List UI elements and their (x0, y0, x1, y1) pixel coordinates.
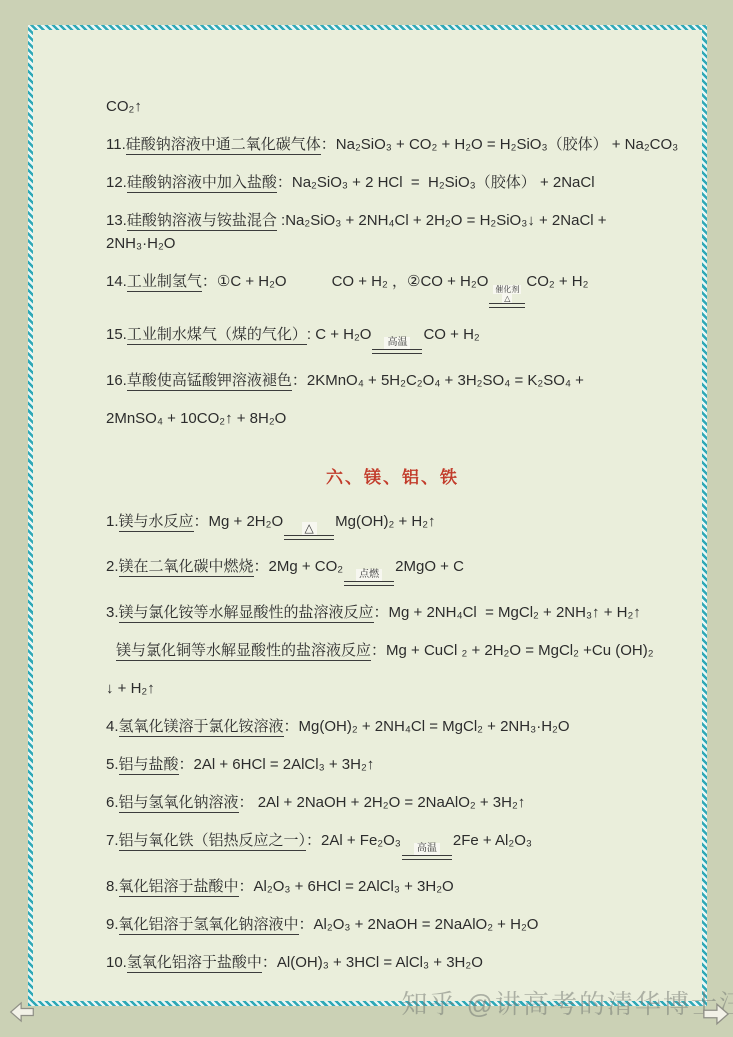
item-equation: ：①C + H₂O CO + H₂ ，②CO + H₂O (202, 273, 488, 290)
item-label: 氢氧化镁溶于氯化铵溶液 (119, 718, 284, 737)
item-equation: ：2KMnO₄ + 5H₂C₂O₄ + 3H₂SO₄ = K₂SO₄ + (292, 372, 584, 389)
condition-text: 催化剂 (493, 285, 521, 294)
item-equation: ：Mg + CuCl ₂ + 2H₂O = MgCl₂ +Cu (OH)₂ (371, 642, 654, 659)
item-number: 13. (106, 212, 127, 229)
item-equation: 2MgO + C (395, 558, 464, 575)
equation-line-al9: 9.氧化铝溶于氢氧化钠溶液中：Al₂O₃ + 2NaOH = 2NaAlO₂ +… (106, 913, 679, 936)
item-equation: ：Al₂O₃ + 6HCl = 2AlCl₃ + 3H₂O (239, 878, 454, 895)
equation-line-mg1: 1.镁与水反应：Mg + 2H₂O△Mg(OH)₂ + H₂↑ (106, 510, 679, 540)
condition-text: 高温 (414, 843, 440, 855)
equation-continuation-mg3: ↓ + H₂↑ (106, 677, 679, 700)
item-number: 10. (106, 954, 127, 971)
arrow-right-icon[interactable] (702, 1001, 730, 1032)
reaction-condition: 高温 (372, 327, 422, 354)
item-equation: ：Al₂O₃ + 2NaOH = 2NaAlO₂ + H₂O (299, 916, 539, 933)
item-number: 3. (106, 604, 119, 621)
item-equation: ：Mg + 2H₂O (194, 513, 284, 530)
item-equation: ：2Al + Fe₂O₃ (306, 832, 401, 849)
equation-line-mg4: 4.氢氧化镁溶于氯化铵溶液：Mg(OH)₂ + 2NH₄Cl = MgCl₂ +… (106, 715, 679, 738)
item-label: 镁与氯化铵等水解显酸性的盐溶液反应 (119, 604, 374, 623)
reaction-equals-line (402, 855, 452, 860)
item-label: 工业制水煤气（煤的气化） (127, 326, 307, 345)
equation-line-al6: 6.铝与氢氧化钠溶液： 2Al + 2NaOH + 2H₂O = 2NaAlO₂… (106, 791, 679, 814)
item-number: 15. (106, 326, 127, 343)
section-heading: 六、镁、铝、铁 (106, 466, 679, 490)
item-equation: CO₂ + H₂ (526, 273, 588, 290)
equation-line-mg3: 3.镁与氯化铵等水解显酸性的盐溶液反应：Mg + 2NH₄Cl = MgCl₂ … (106, 601, 679, 624)
equation-line-16: 16.草酸使高锰酸钾溶液褪色：2KMnO₄ + 5H₂C₂O₄ + 3H₂SO₄… (106, 369, 679, 392)
reaction-condition: 高温 (402, 833, 452, 860)
item-label: 硅酸钠溶液与铵盐混合 (127, 212, 277, 231)
reaction-condition: 催化剂△ (489, 281, 525, 308)
equation-continuation-16: 2MnSO₄ + 10CO₂↑ + 8H₂O (106, 407, 679, 430)
item-number: 12. (106, 174, 127, 191)
item-equation: ：Na₂SiO₃ + CO₂ + H₂O = H₂SiO₃（胶体） + Na₂C… (321, 136, 679, 153)
item-label: 铝与氢氧化钠溶液 (119, 794, 239, 813)
notes-content: CO₂↑ 11.硅酸钠溶液中通二氧化碳气体：Na₂SiO₃ + CO₂ + H₂… (38, 35, 697, 996)
item-number: 6. (106, 794, 119, 811)
item-label: 镁与氯化铜等水解显酸性的盐溶液反应 (116, 642, 371, 661)
item-label: 硅酸钠溶液中通二氧化碳气体 (126, 136, 321, 155)
item-equation: ：Mg + 2NH₄Cl = MgCl₂ + 2NH₃↑ + H₂↑ (374, 604, 641, 621)
document-page: CO₂↑ 11.硅酸钠溶液中通二氧化碳气体：Na₂SiO₃ + CO₂ + H₂… (0, 0, 733, 1037)
item-equation: 2Fe + Al₂O₃ (453, 832, 532, 849)
item-label: 草酸使高锰酸钾溶液褪色 (127, 372, 292, 391)
arrow-left-icon[interactable] (9, 1000, 35, 1029)
condition-text: △ (502, 294, 512, 303)
equation-line-12: 12.硅酸钠溶液中加入盐酸：Na₂SiO₃ + 2 HCl = H₂SiO₃（胶… (106, 171, 679, 194)
zhihu-watermark: 知乎 @讲高考的清华博士汪 (401, 984, 733, 1021)
item-label: 工业制氢气 (127, 273, 202, 292)
item-equation: : C + H₂O (307, 326, 372, 343)
item-number: 7. (106, 832, 119, 849)
reaction-equals-line (344, 581, 394, 586)
condition-text: 高温 (384, 337, 410, 349)
item-equation: Mg(OH)₂ + H₂↑ (335, 513, 435, 530)
equation-continuation-co2: CO₂↑ (106, 95, 679, 118)
reaction-condition: 点燃 (344, 559, 394, 586)
equation-line-mg2: 2.镁在二氧化碳中燃烧：2Mg + CO₂点燃2MgO + C (106, 555, 679, 586)
item-number: 14. (106, 273, 127, 290)
equation-line-al5: 5.铝与盐酸：2Al + 6HCl = 2AlCl₃ + 3H₂↑ (106, 753, 679, 776)
item-label: 镁与水反应 (119, 513, 194, 532)
item-equation: CO + H₂ (423, 326, 479, 343)
item-equation: ：Mg(OH)₂ + 2NH₄Cl = MgCl₂ + 2NH₃·H₂O (284, 718, 570, 735)
reaction-equals-line (284, 535, 334, 540)
reaction-condition: △ (284, 513, 334, 540)
item-label: 铝与盐酸 (119, 756, 179, 775)
equation-line-mg3-cu: 镁与氯化铜等水解显酸性的盐溶液反应：Mg + CuCl ₂ + 2H₂O = M… (106, 639, 679, 662)
condition-text: 点燃 (356, 569, 382, 581)
item-label: 镁在二氧化碳中燃烧 (119, 558, 254, 577)
equation-line-al8: 8.氧化铝溶于盐酸中：Al₂O₃ + 6HCl = 2AlCl₃ + 3H₂O (106, 875, 679, 898)
item-label: 铝与氧化铁（铝热反应之一） (119, 832, 307, 851)
equation-line-al10: 10.氢氧化铝溶于盐酸中：Al(OH)₃ + 3HCl = AlCl₃ + 3H… (106, 951, 679, 974)
reaction-equals-line (489, 303, 525, 308)
item-equation: ：Na₂SiO₃ + 2 HCl = H₂SiO₃（胶体） + 2NaCl (277, 174, 595, 191)
reaction-equals-line (372, 349, 422, 354)
equation-line-11: 11.硅酸钠溶液中通二氧化碳气体：Na₂SiO₃ + CO₂ + H₂O = H… (106, 133, 679, 156)
item-number: 16. (106, 372, 127, 389)
equation-line-14: 14.工业制氢气：①C + H₂O CO + H₂ ，②CO + H₂O催化剂△… (106, 270, 679, 308)
item-equation: ：2Al + 6HCl = 2AlCl₃ + 3H₂↑ (179, 756, 375, 773)
item-number: 8. (106, 878, 119, 895)
equation-line-15: 15.工业制水煤气（煤的气化）: C + H₂O高温CO + H₂ (106, 323, 679, 354)
equation-line-al7: 7.铝与氧化铁（铝热反应之一）：2Al + Fe₂O₃高温2Fe + Al₂O₃ (106, 829, 679, 860)
bordered-panel: CO₂↑ 11.硅酸钠溶液中通二氧化碳气体：Na₂SiO₃ + CO₂ + H₂… (28, 25, 707, 1006)
item-number: 1. (106, 513, 119, 530)
item-number: 9. (106, 916, 119, 933)
item-number: 2. (106, 558, 119, 575)
item-label: 氢氧化铝溶于盐酸中 (127, 954, 262, 973)
item-label: 硅酸钠溶液中加入盐酸 (127, 174, 277, 193)
item-equation: ：Al(OH)₃ + 3HCl = AlCl₃ + 3H₂O (262, 954, 483, 971)
equation-line-13: 13.硅酸钠溶液与铵盐混合 :Na₂SiO₃ + 2NH₄Cl + 2H₂O =… (106, 209, 679, 255)
item-equation: ：2Mg + CO₂ (254, 558, 344, 575)
item-number: 11. (106, 136, 126, 153)
item-number: 5. (106, 756, 119, 773)
item-label: 氧化铝溶于盐酸中 (119, 878, 239, 897)
condition-text: △ (302, 522, 317, 535)
item-label: 氧化铝溶于氢氧化钠溶液中 (119, 916, 299, 935)
item-number: 4. (106, 718, 119, 735)
item-equation: ： 2Al + 2NaOH + 2H₂O = 2NaAlO₂ + 3H₂↑ (239, 794, 526, 811)
